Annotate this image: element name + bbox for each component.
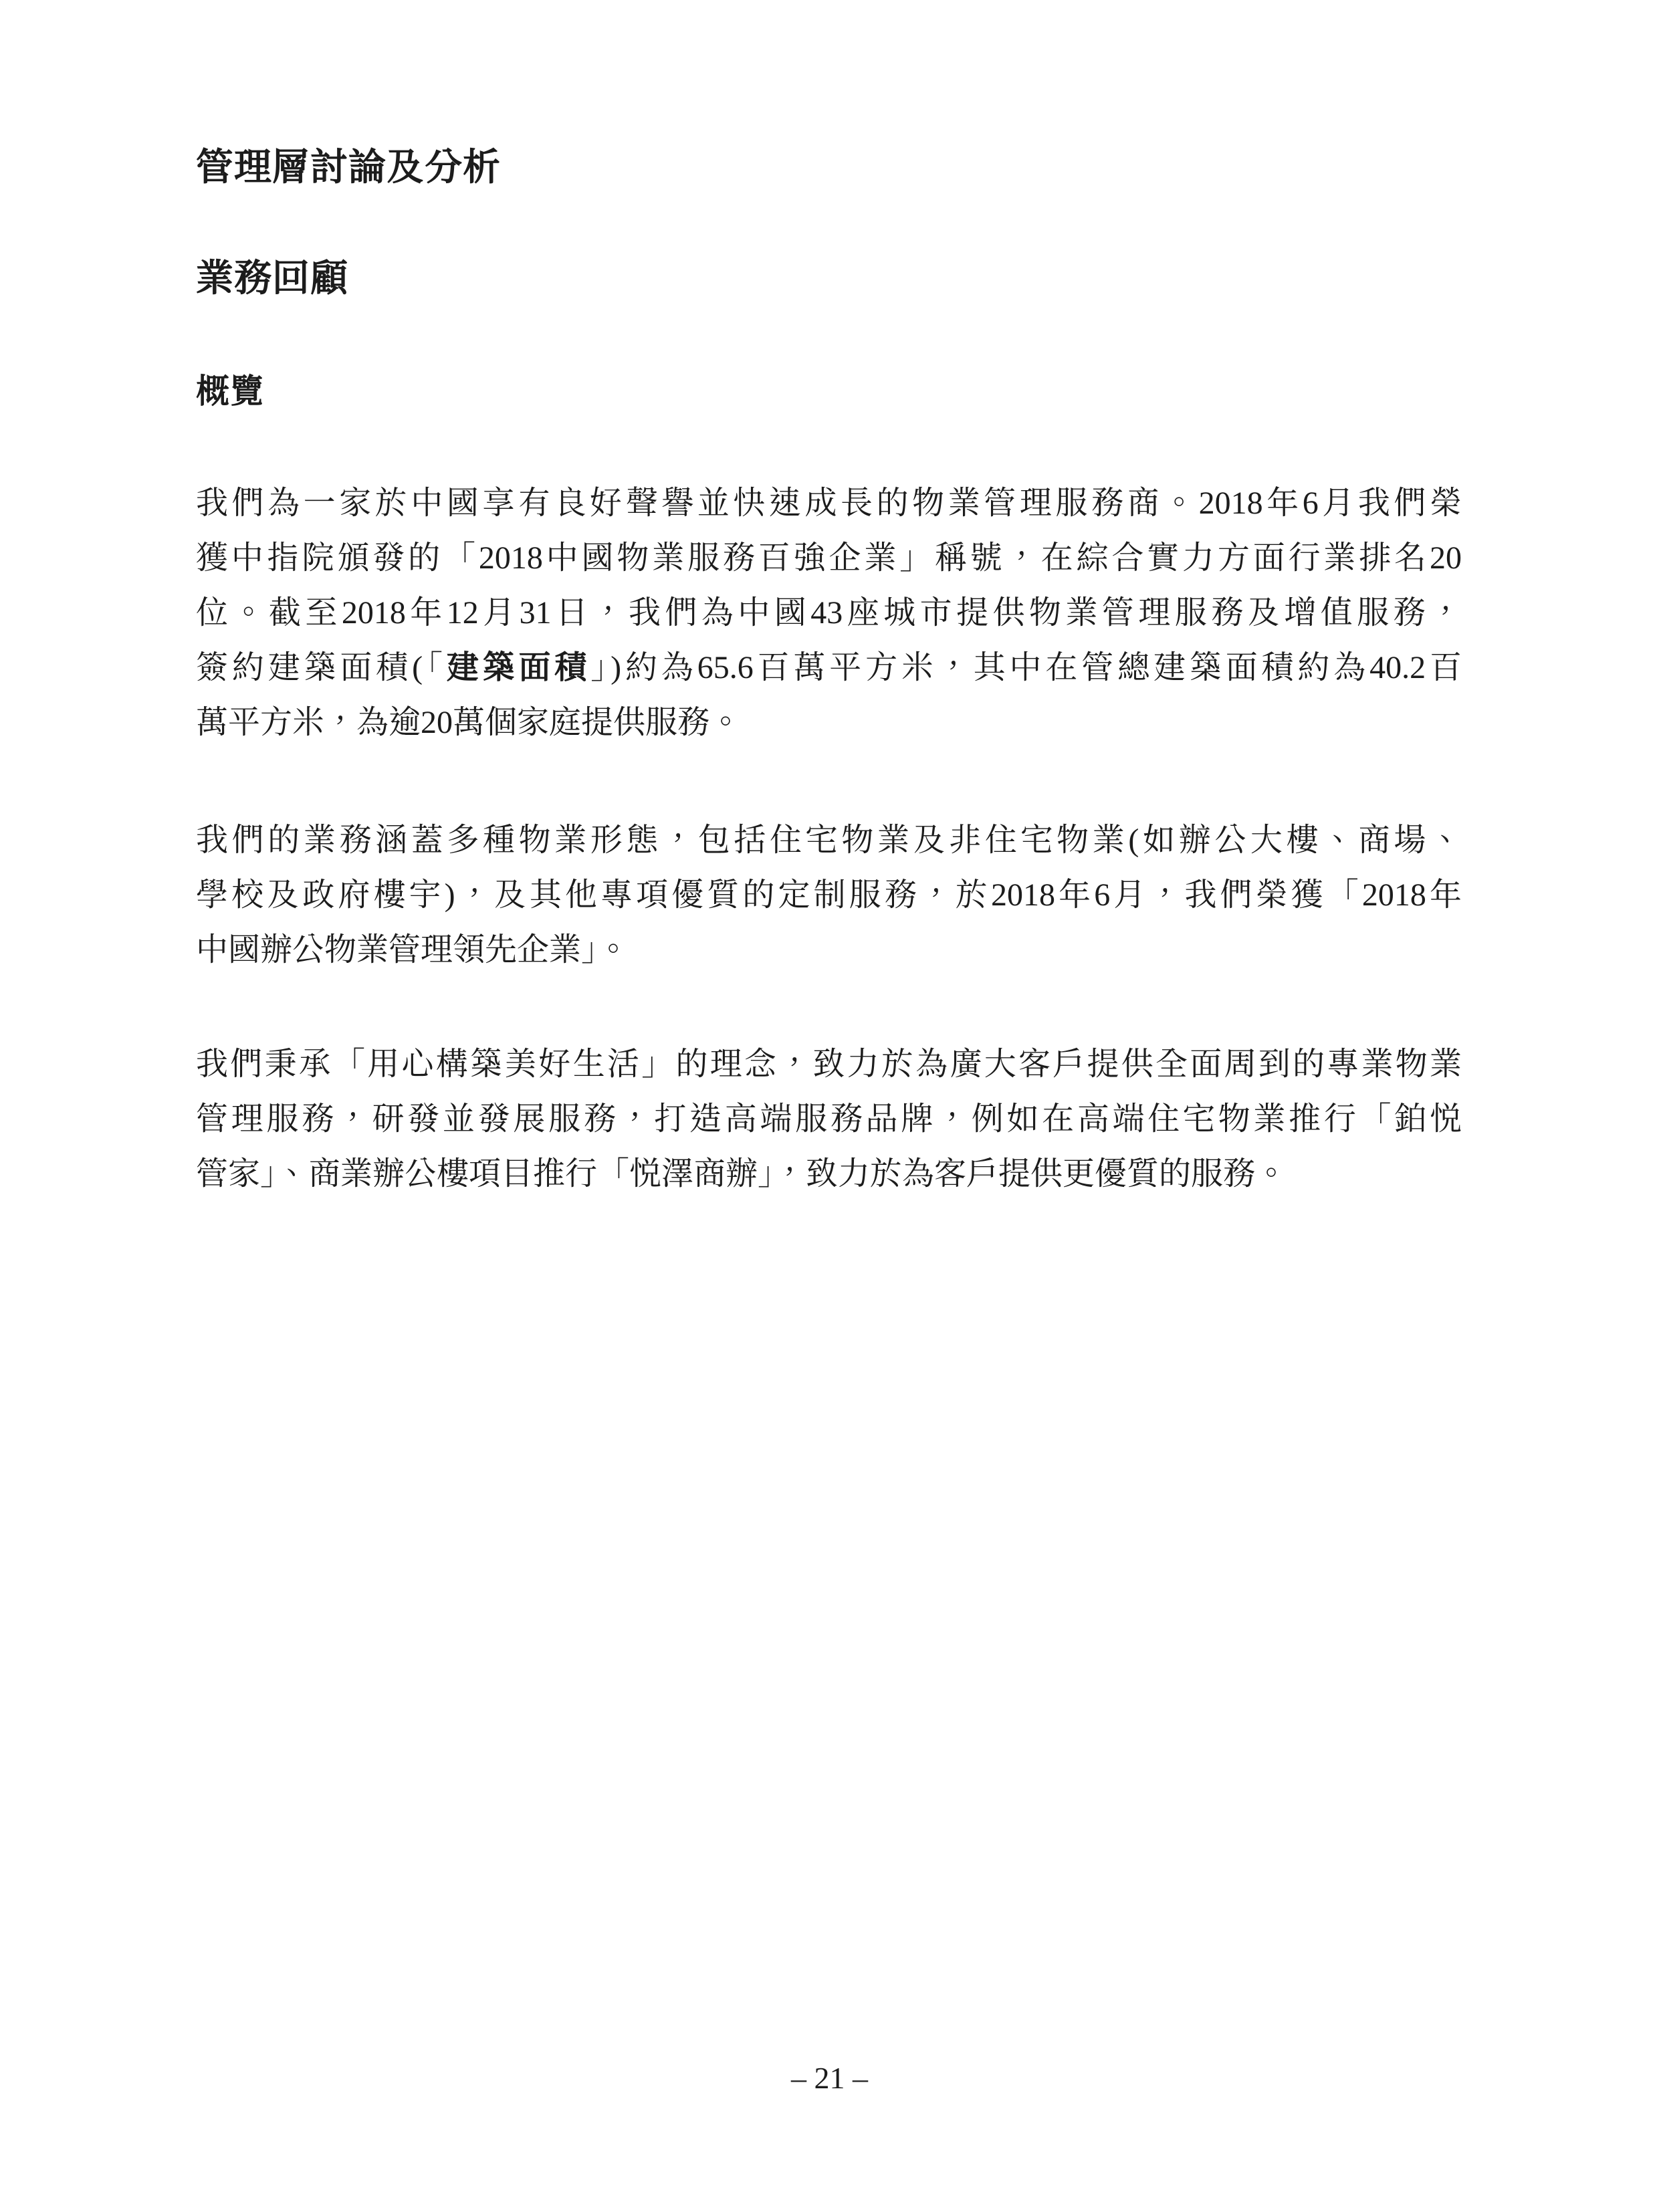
paragraph-line: 萬平方米，為逾20萬個家庭提供服務。 <box>196 695 1462 750</box>
paragraph-overview-1: 我們為一家於中國享有良好聲譽並快速成長的物業管理服務商。2018年6月我們榮 獲… <box>196 476 1462 750</box>
paragraph-line: 簽約建築面積(「建築面積」)約為65.6百萬平方米，其中在管總建築面積約為40.… <box>196 641 1462 695</box>
paragraph-line: 中國辦公物業管理領先企業」。 <box>196 923 1462 978</box>
line-text-post: 」)約為65.6百萬平方米，其中在管總建築面積約為40.2百 <box>590 650 1462 685</box>
paragraph-line: 獲中指院頒發的「2018中國物業服務百強企業」稱號，在綜合實力方面行業排名20 <box>196 531 1462 586</box>
paragraph-overview-3: 我們秉承「用心構築美好生活」的理念，致力於為廣大客戶提供全面周到的專業物業 管理… <box>196 1037 1462 1202</box>
paragraph-line: 管家」、商業辦公樓項目推行「悦澤商辦」，致力於為客戶提供更優質的服務。 <box>196 1147 1462 1202</box>
paragraph-line: 我們秉承「用心構築美好生活」的理念，致力於為廣大客戶提供全面周到的專業物業 <box>196 1037 1462 1092</box>
subsection-heading-overview: 概覽 <box>196 372 264 411</box>
paragraph-line: 我們為一家於中國享有良好聲譽並快速成長的物業管理服務商。2018年6月我們榮 <box>196 476 1462 531</box>
page-title: 管理層討論及分析 <box>196 146 501 189</box>
defined-term-gfa: 建築面積 <box>447 650 590 685</box>
section-heading-business-review: 業務回顧 <box>196 257 348 300</box>
paragraph-line: 學校及政府樓宇)，及其他專項優質的定制服務，於2018年6月，我們榮獲「2018… <box>196 868 1462 923</box>
line-text-pre: 簽約建築面積(「 <box>196 650 447 685</box>
paragraph-line: 管理服務，研發並發展服務，打造高端服務品牌，例如在高端住宅物業推行「鉑悦 <box>196 1092 1462 1147</box>
document-page: 管理層討論及分析 業務回顧 概覽 我們為一家於中國享有良好聲譽並快速成長的物業管… <box>0 0 1659 2212</box>
page-number: – 21 – <box>0 2061 1659 2096</box>
paragraph-overview-2: 我們的業務涵蓋多種物業形態，包括住宅物業及非住宅物業(如辦公大樓、商場、 學校及… <box>196 813 1462 978</box>
paragraph-line: 我們的業務涵蓋多種物業形態，包括住宅物業及非住宅物業(如辦公大樓、商場、 <box>196 813 1462 868</box>
paragraph-line: 位。截至2018年12月31日，我們為中國43座城市提供物業管理服務及增值服務， <box>196 586 1462 641</box>
